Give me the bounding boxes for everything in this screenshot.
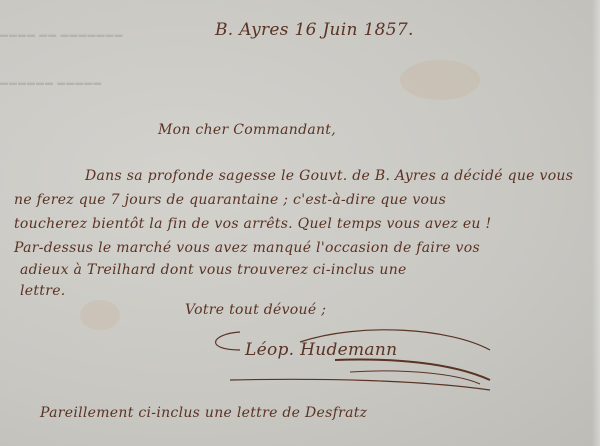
body-line: lettre.: [20, 283, 66, 299]
dateline: B. Ayres 16 Juin 1857.: [215, 20, 414, 40]
body-line: adieux à Treilhard dont vous trouverez c…: [20, 262, 407, 278]
letterhead-line: ▬▬▬▬▬▬ ▬▬▬▬▬: [0, 78, 102, 87]
letter-page: ▬▬▬▬ ▬▬ ▬▬▬▬▬▬▬ ▬▬▬▬▬▬ ▬▬▬▬▬ B. Ayres 16…: [0, 0, 600, 446]
signature-flourish: [200, 320, 500, 400]
body-line: Dans sa profonde sagesse le Gouvt. de B.…: [85, 168, 573, 184]
paper-edge: [592, 0, 600, 446]
postscript: Pareillement ci-inclus une lettre de Des…: [40, 405, 367, 421]
body-line: Par-dessus le marché vous avez manqué l'…: [14, 240, 480, 256]
paper-stain: [80, 300, 120, 330]
paper-stain: [400, 60, 480, 100]
letterhead-line: ▬▬▬▬ ▬▬ ▬▬▬▬▬▬▬: [0, 30, 123, 39]
closing: Votre tout dévoué ;: [185, 302, 326, 318]
body-line: toucherez bientôt la fin de vos arrêts. …: [14, 216, 491, 232]
body-line: ne ferez que 7 jours de quarantaine ; c'…: [14, 192, 446, 208]
salutation: Mon cher Commandant,: [158, 122, 336, 138]
